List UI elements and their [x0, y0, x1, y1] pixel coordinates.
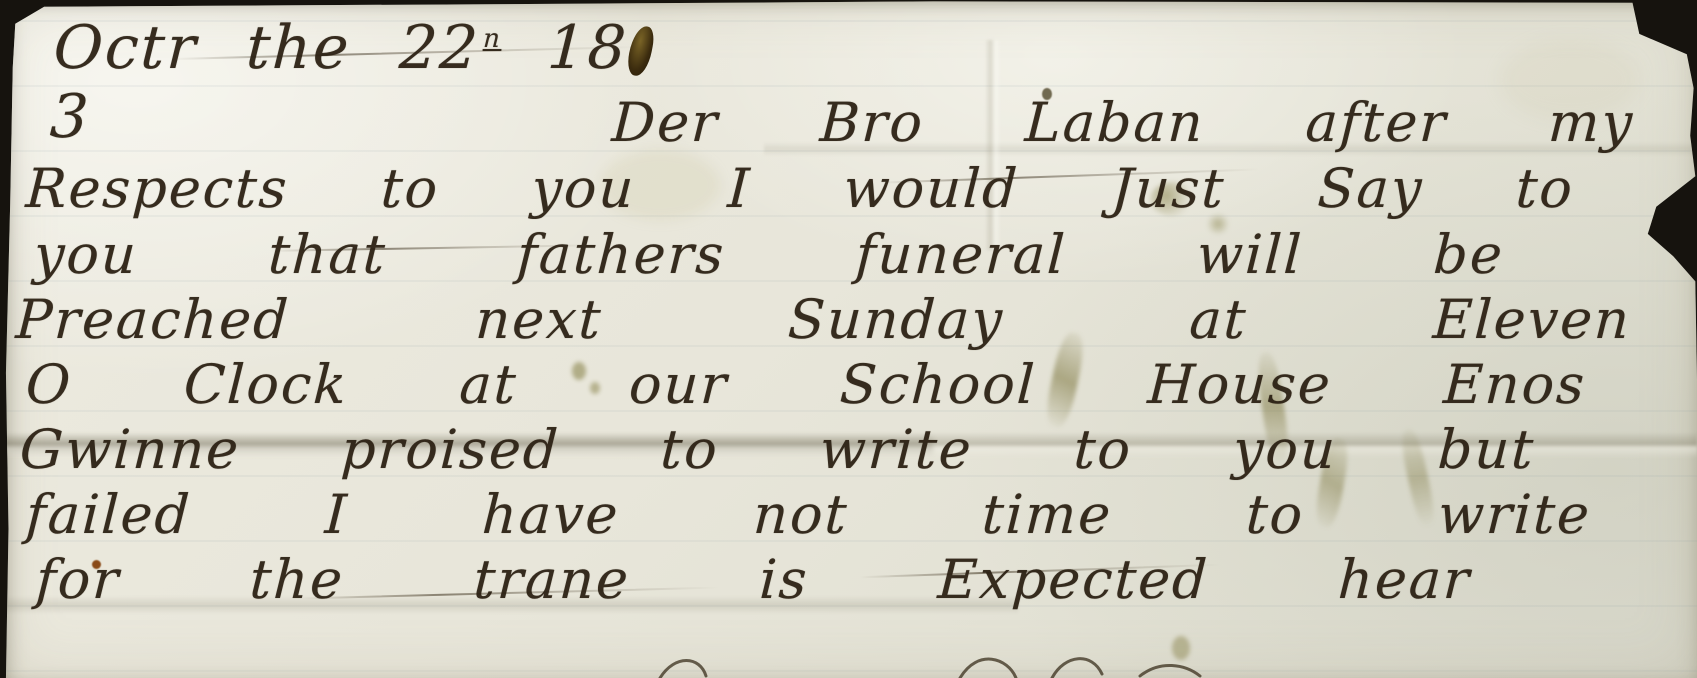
- letter-page: Octr the 22n183 Der Bro Laban after my R…: [0, 0, 1697, 678]
- handwritten-line-8: for the trane is Expected hear: [34, 549, 1472, 611]
- handwritten-line-4: Preached next Sunday at Eleven: [14, 289, 1632, 351]
- ink-blot: [625, 25, 656, 78]
- handwritten-line-7: failed I have not time to write: [24, 484, 1592, 546]
- date-ordinal: n: [482, 24, 502, 54]
- handwritten-line-6: Gwinne proised to write to you but: [18, 419, 1536, 481]
- handwritten-line-5: O Clock at our School House Enos: [24, 354, 1587, 416]
- year-start: 18: [546, 13, 630, 83]
- date-text: Octr the 22: [52, 13, 482, 83]
- stain: [1172, 636, 1190, 660]
- scanned-letter-stage: Octr the 22n183 Der Bro Laban after my R…: [0, 0, 1697, 678]
- handwritten-line-salutation: Der Bro Laban after my: [610, 92, 1635, 154]
- date-line: Octr the 22n183: [48, 14, 655, 152]
- handwritten-line-3: you that fathers funeral will be: [32, 224, 1505, 286]
- partial-line-strokes: [640, 646, 1280, 678]
- handwritten-line-2: Respects to you I would Just Say to: [24, 158, 1575, 220]
- year-end: 3: [48, 82, 92, 152]
